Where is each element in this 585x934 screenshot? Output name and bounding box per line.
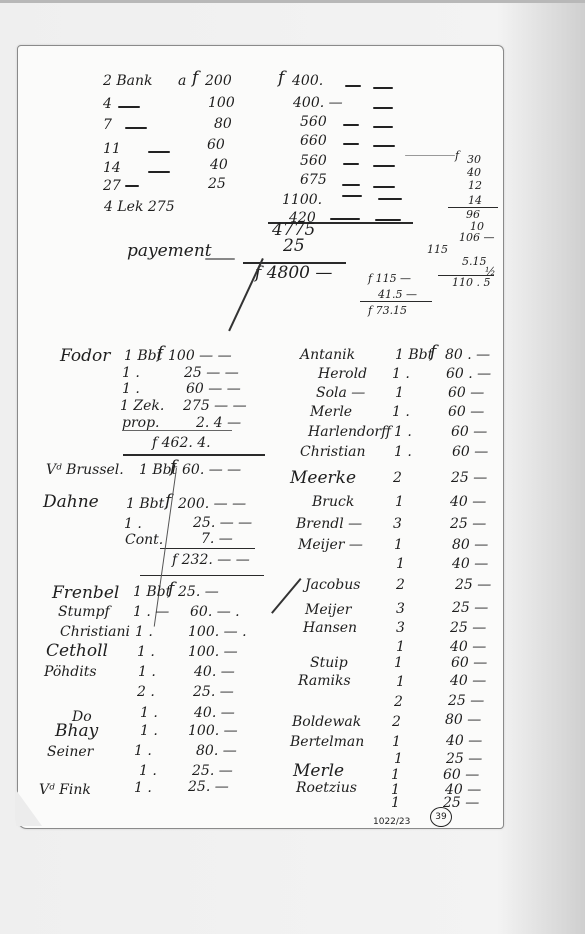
entry-amount: 25. — — xyxy=(193,515,252,531)
entry-qty: 1 xyxy=(396,639,405,655)
entry-qty: 1 xyxy=(392,734,401,750)
entry-qty: 1 . xyxy=(392,366,410,382)
entry-qty: 2 . xyxy=(137,684,155,700)
entry-qty: 1 . xyxy=(392,404,410,420)
margin-value: 106 — xyxy=(459,230,495,246)
entry-amount: 80 — xyxy=(445,712,481,728)
currency-florin: f xyxy=(278,70,284,86)
top-price: 100 xyxy=(208,95,235,111)
entry-label: Meerke xyxy=(290,470,356,486)
entry-qty: 1 . xyxy=(138,664,156,680)
top-qty: 11 xyxy=(103,141,121,157)
entry-label: Meijer — xyxy=(298,537,363,553)
entry-label: Bertelman xyxy=(290,734,364,750)
entry-qty: 1 . xyxy=(122,365,140,381)
entry-qty: 1 . xyxy=(137,644,155,660)
entry-label: Merle xyxy=(310,404,352,420)
entry-amount: 40. — xyxy=(194,705,235,721)
entry-amount: 40 — xyxy=(450,494,486,510)
entry-amount: 100. — . xyxy=(188,624,247,640)
entry-label: Vᵈ Fink xyxy=(39,782,91,798)
top-total: 400. — xyxy=(293,95,343,111)
entry-amount: 80. — xyxy=(196,743,237,759)
entry-qty: prop. xyxy=(122,415,160,431)
entry-label: Roetzius xyxy=(296,780,357,796)
entry-qty: 1 xyxy=(396,674,405,690)
top-total: 560 xyxy=(300,153,327,169)
entry-amount: 25 — xyxy=(451,470,487,486)
entry-label: Merle xyxy=(293,763,344,779)
entry-amount: 2. 4 — xyxy=(196,415,241,431)
entry-qty: 2 xyxy=(396,577,405,593)
top-total: 675 xyxy=(300,172,327,188)
page-number-stamp: 39 xyxy=(430,807,452,827)
entry-qty: 1 . xyxy=(140,723,158,739)
archive-reference: 1022/23 xyxy=(373,814,410,830)
payment-amount: 25 xyxy=(283,238,305,254)
top-qty: 14 xyxy=(103,160,121,176)
entry-qty: 1 Bbt xyxy=(395,347,433,363)
entry-amount: 25. — xyxy=(192,763,233,779)
entry-amount: 25 — xyxy=(443,795,479,811)
entry-label: Antanik xyxy=(300,347,355,363)
top-price: 80 xyxy=(214,116,232,132)
margin-value: 5.15 xyxy=(462,254,487,270)
entry-qty: 2 xyxy=(392,714,401,730)
entry-amount: 60 — xyxy=(448,385,484,401)
top-total: 660 xyxy=(300,133,327,149)
group-total: f 462. 4. xyxy=(152,435,211,451)
entry-qty: 1 Zek. xyxy=(120,398,164,414)
entry-label: Brendl — xyxy=(296,516,362,532)
side-calc-label: 115 xyxy=(427,242,448,258)
entry-amount: 25. — xyxy=(193,684,234,700)
entry-qty: 1 xyxy=(391,767,400,783)
entry-label: Jacobus xyxy=(305,577,360,593)
entry-label: Sola — xyxy=(316,385,365,401)
currency-florin: f xyxy=(430,344,436,360)
side-calc-line: f 115 — xyxy=(368,271,411,287)
entry-label: Harlendorff xyxy=(308,424,391,440)
entry-amount: 40 — xyxy=(450,673,486,689)
entry-qty: 3 xyxy=(396,601,405,617)
entry-qty: 1 xyxy=(394,537,403,553)
margin-prefix: f xyxy=(455,148,459,164)
entry-amount: 60 — xyxy=(443,767,479,783)
top-price: 25 xyxy=(208,176,226,192)
entry-label: Stumpf xyxy=(58,604,110,620)
entry-qty: 2 xyxy=(394,694,403,710)
entry-qty: 1 Bbt xyxy=(133,584,171,600)
entry-label: Herold xyxy=(318,366,367,382)
group-name: Vᵈ Brussel. xyxy=(46,462,124,478)
entry-amount: 25. — xyxy=(178,584,219,600)
entry-qty: 1 . xyxy=(135,624,153,640)
entry-amount: 25 — xyxy=(452,600,488,616)
entry-label: Bruck xyxy=(312,494,354,510)
entry-qty: 1 xyxy=(395,494,404,510)
entry-qty: 1 . — xyxy=(133,604,169,620)
entry-label: Christiani xyxy=(60,624,130,640)
entry-amount: 275 — — xyxy=(183,398,247,414)
entry-qty: 1 xyxy=(396,556,405,572)
entry-label: Christian xyxy=(300,444,366,460)
top-price: 40 xyxy=(210,157,228,173)
entry-amount: 60 . — xyxy=(446,366,491,382)
entry-amount: 60 — xyxy=(448,404,484,420)
entry-amount: 25 — xyxy=(455,577,491,593)
entry-qty: 1 xyxy=(394,655,403,671)
grand-total: f 4800 — xyxy=(255,265,332,281)
entry-label: Meijer xyxy=(305,602,351,618)
entry-amount: 60 — xyxy=(452,444,488,460)
entry-qty: Cont. xyxy=(125,532,163,548)
entry-qty: 1 . xyxy=(139,763,157,779)
entry-amount: 60. — . xyxy=(190,604,240,620)
entry-amount: 200. — — xyxy=(178,496,246,512)
currency-florin: f xyxy=(157,345,163,361)
entry-amount: 7. — xyxy=(201,531,233,547)
entry-amount: 60 — — xyxy=(186,381,241,397)
entry-label: Boldewak xyxy=(292,714,361,730)
entry-amount: 100. — xyxy=(188,644,238,660)
entry-label: Cetholl xyxy=(46,643,108,659)
entry-amount: 80 — xyxy=(452,537,488,553)
entry-label: Pöhdits xyxy=(44,664,97,680)
entry-qty: 1 . xyxy=(394,424,412,440)
entry-amount: 60 — xyxy=(451,424,487,440)
entry-qty: 1 . xyxy=(140,705,158,721)
entry-amount: 80 . — xyxy=(445,347,490,363)
entry-label: Bhay xyxy=(55,723,98,739)
top-qty: 2 Bank xyxy=(103,73,153,89)
entry-qty: 1 xyxy=(391,795,400,811)
scan-top-edge xyxy=(0,0,585,3)
entry-qty: 1 Bbt. xyxy=(126,496,169,512)
entry-amount: 40. — xyxy=(194,664,235,680)
entry-qty: 1 . xyxy=(394,444,412,460)
entry-amount: 60. — — xyxy=(182,462,241,478)
entry-amount: 25 — xyxy=(450,516,486,532)
top-qty: 27 xyxy=(103,178,121,194)
entry-amount: 40 — xyxy=(450,639,486,655)
entry-label: Hansen xyxy=(303,620,357,636)
entry-amount: 60 — xyxy=(451,655,487,671)
entry-qty: 3 xyxy=(396,620,405,636)
top-total: 400. xyxy=(292,73,323,89)
top-price: 60 xyxy=(207,137,225,153)
margin-value: 12 xyxy=(468,178,482,194)
currency-florin: f xyxy=(168,581,174,597)
entry-qty: 2 xyxy=(393,470,402,486)
top-price: 200 xyxy=(205,73,232,89)
entry-amount: 25 — xyxy=(450,620,486,636)
group-name: Fodor xyxy=(60,348,110,364)
top-qty: 7 xyxy=(103,117,112,133)
payment-label: payement xyxy=(127,243,212,259)
top-sep: a xyxy=(178,73,186,89)
group-total: f 232. — — xyxy=(172,552,250,568)
entry-qty: 1 xyxy=(394,751,403,767)
entry-amount: 100. — xyxy=(188,723,238,739)
margin-value: 110 . 5 xyxy=(452,275,490,291)
entry-amount: 40 — xyxy=(452,556,488,572)
entry-amount: 25 — xyxy=(446,751,482,767)
entry-amount: 100 — — xyxy=(168,348,232,364)
currency-florin: f xyxy=(192,70,198,86)
entry-amount: 25 — — xyxy=(184,365,239,381)
entry-label: Ramiks xyxy=(298,673,351,689)
entry-qty: 1 . xyxy=(122,381,140,397)
entry-qty: 1 . xyxy=(134,780,152,796)
entry-label: Seiner xyxy=(47,744,93,760)
top-total: 560 xyxy=(300,114,327,130)
group-name: Dahne xyxy=(43,494,99,510)
top-total: 1100. xyxy=(282,192,322,208)
entry-qty: 1 . xyxy=(134,743,152,759)
entry-qty: 3 xyxy=(393,516,402,532)
entry-amount: 25. — xyxy=(188,779,229,795)
top-qty: 4 Lek 275 xyxy=(104,199,175,215)
entry-qty: 1 . xyxy=(124,516,142,532)
entry-label: Frenbel xyxy=(52,585,119,601)
top-qty: 4 xyxy=(103,96,112,112)
entry-amount: 25 — xyxy=(448,693,484,709)
entry-amount: 40 — xyxy=(446,733,482,749)
side-calc-result: f 73.15 xyxy=(368,303,407,319)
entry-label: Stuip xyxy=(310,655,348,671)
entry-qty: 1 xyxy=(395,385,404,401)
